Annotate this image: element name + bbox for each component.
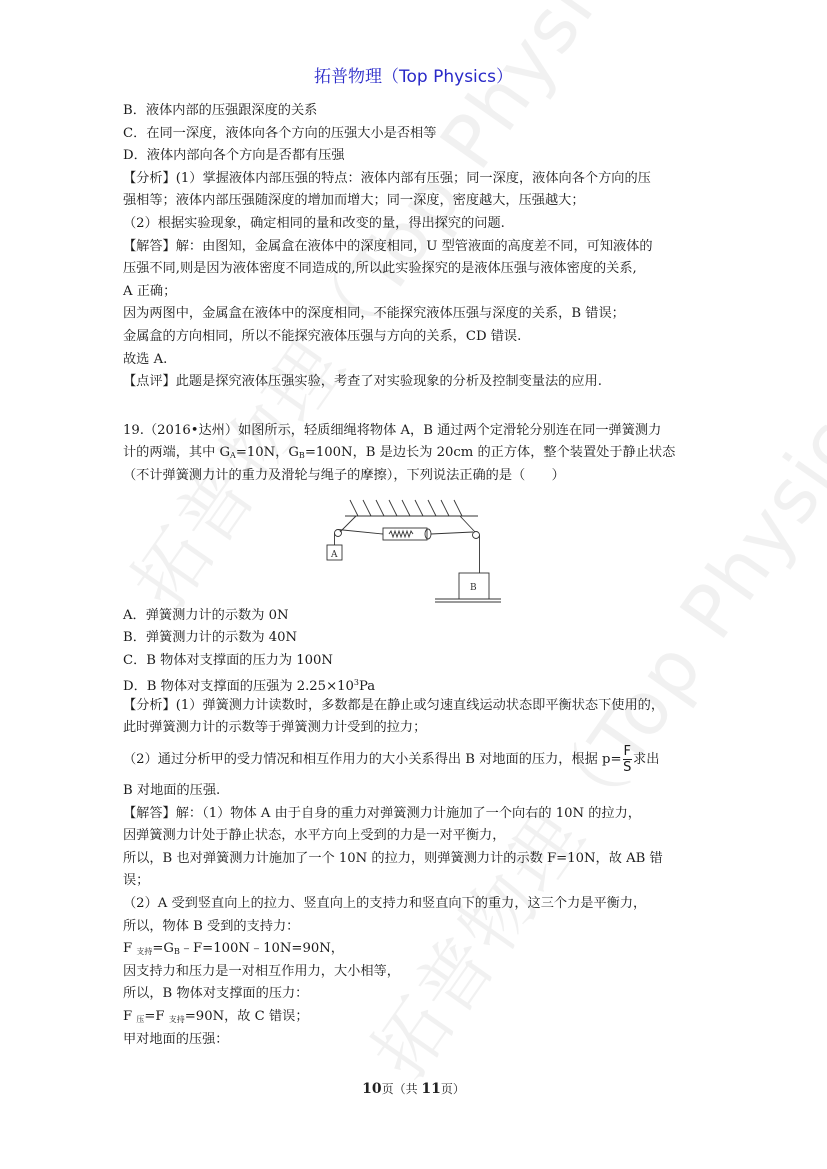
- analysis-line: 【分析】(1）掌握液体内部压强的特点：液体内部有压强；同一深度，液体向各个方向的…: [123, 168, 708, 191]
- page-header-title: 拓普物理（Top Physics）: [0, 62, 827, 87]
- answer-line: 因支持力和压力是一对相互作用力，大小相等，: [123, 961, 708, 984]
- comment-line: 【点评】此题是探究液体压强实验，考查了对实验现象的分析及控制变量法的应用.: [123, 371, 708, 394]
- page-number: 10: [362, 1081, 381, 1097]
- answer-line: 所以，物体 B 受到的支持力：: [123, 916, 708, 939]
- analysis-line: 强相等；液体内部压强随深度的增加而增大；同一深度，密度越大，压强越大；: [123, 190, 708, 213]
- equation-pressure-force: F 压=F 支持=90N，故 C 错误；: [123, 1006, 708, 1029]
- equation-support-force: F 支持=GB﹣F=100N﹣10N=90N，: [123, 938, 708, 961]
- analysis-line: （2）根据实验现象，确定相同的量和改变的量，得出探究的问题.: [123, 213, 708, 236]
- document-body: B．液体内部的压强跟深度的关系 C．在同一深度，液体向各个方向的压强大小是否相等…: [123, 100, 708, 1051]
- answer-line: （2）A 受到竖直向上的拉力、竖直向上的支持力和竖直向下的重力，这三个力是平衡力…: [123, 893, 708, 916]
- answer-line: 故选 A.: [123, 349, 708, 372]
- option-b: B．液体内部的压强跟深度的关系: [123, 100, 708, 123]
- block-b-label: B: [470, 583, 477, 593]
- answer-line: 压强不同,则是因为液体密度不同造成的,所以此实验探究的是液体压强与液体密度的关系…: [123, 258, 708, 281]
- answer-line: 所以，B 物体对支撑面的压力：: [123, 983, 708, 1006]
- analysis-line: 此时弹簧测力计的示数等于弹簧测力计受到的拉力；: [123, 717, 708, 740]
- answer-line: 【解答】解：由图知，金属盒在液体中的深度相同，U 型管液面的高度差不同，可知液体…: [123, 236, 708, 259]
- analysis-line: 【分析】(1）弹簧测力计读数时，多数都是在静止或匀速直线运动状态即平衡状态下使用…: [123, 695, 708, 718]
- option-d: D．液体内部向各个方向是否都有压强: [123, 145, 708, 168]
- page-total: 11: [421, 1081, 440, 1097]
- pressure-formula-fraction: FS: [623, 744, 632, 775]
- analysis-line-formula: （2）通过分析甲的受力情况和相互作用力的大小关系得出 B 对地面的压力，根据 p…: [123, 740, 708, 780]
- question-stem: 19.（2016•达州）如图所示，轻质细绳将物体 A，B 通过两个定滑轮分别连在…: [123, 420, 708, 443]
- answer-line: 金属盒的方向相同，所以不能探究液体压强与方向的关系，CD 错误.: [123, 326, 708, 349]
- answer-line: A 正确；: [123, 281, 708, 304]
- answer-line: 因为两图中，金属盒在液体中的深度相同，不能探究液体压强与深度的关系，B 错误；: [123, 303, 708, 326]
- pulley-diagram: A B: [123, 488, 708, 605]
- option-c: C．在同一深度，液体向各个方向的压强大小是否相等: [123, 123, 708, 146]
- option-c: C．B 物体对支撑面的压力为 100N: [123, 650, 708, 673]
- option-b: B．弹簧测力计的示数为 40N: [123, 627, 708, 650]
- answer-line: 因弹簧测力计处于静止状态，水平方向上受到的力是一对平衡力，: [123, 825, 708, 848]
- pulley-spring-figure: A B: [323, 490, 508, 605]
- question-stem: （不计弹簧测力计的重力及滑轮与绳子的摩擦），下列说法正确的是（ ）: [123, 465, 708, 488]
- question-stem: 计的两端，其中 GA=10N，GB=100N，B 是边长为 20cm 的正方体，…: [123, 442, 708, 465]
- answer-line: 误；: [123, 870, 708, 893]
- page-footer: 10页（共 11页）: [0, 1080, 827, 1097]
- answer-line: 所以，B 也对弹簧测力计施加了一个 10N 的拉力，则弹簧测力计的示数 F=10…: [123, 848, 708, 871]
- option-d: D．B 物体对支撑面的压强为 2.25×103Pa: [123, 672, 708, 695]
- option-a: A．弹簧测力计的示数为 0N: [123, 605, 708, 628]
- answer-line: 甲对地面的压强：: [123, 1029, 708, 1052]
- answer-line: 【解答】解：（1）物体 A 由于自身的重力对弹簧测力计施加了一个向右的 10N …: [123, 803, 708, 826]
- analysis-line: B 对地面的压强.: [123, 780, 708, 803]
- block-a-label: A: [330, 550, 338, 560]
